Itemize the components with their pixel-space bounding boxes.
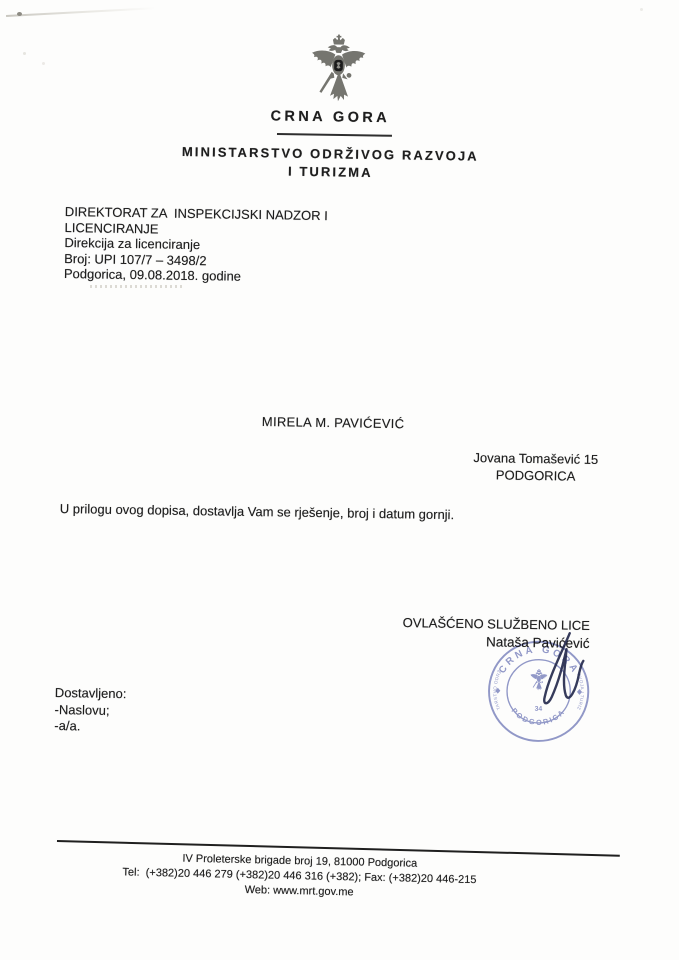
header-divider bbox=[277, 133, 392, 137]
scan-artifact-smear bbox=[90, 285, 182, 288]
handwritten-signature-icon bbox=[490, 616, 602, 728]
montenegro-coat-of-arms-icon bbox=[304, 34, 373, 105]
recipient-address: Jovana Tomašević 15 PODGORICA bbox=[470, 449, 601, 485]
recipient-street: Jovana Tomašević 15 bbox=[471, 449, 601, 468]
scan-artifact-dot bbox=[17, 12, 22, 16]
recipient-name: MIRELA M. PAVIĆEVIĆ bbox=[262, 414, 405, 431]
sender-block: DIREKTORAT ZA INSPEKCIJSKI NADZOR I LICE… bbox=[64, 204, 328, 286]
distribution-item: -Naslovu; bbox=[54, 701, 126, 719]
scan-artifact-speck bbox=[42, 62, 45, 65]
scan-artifact-pen-stroke bbox=[6, 7, 156, 17]
scan-artifact-speck bbox=[640, 8, 643, 11]
header-country: CRNA GORA bbox=[0, 104, 670, 131]
scan-artifact-speck bbox=[23, 52, 26, 55]
scanned-letter-page: CRNA GORA MINISTARSTVO ODRŽIVOG RAZVOJA … bbox=[0, 0, 679, 960]
distribution-label: Dostavljeno: bbox=[55, 685, 127, 703]
distribution-block: Dostavljeno: -Naslovu; -a/a. bbox=[54, 685, 126, 736]
recipient-city: PODGORICA bbox=[470, 466, 600, 485]
footer-block: IV Proleterske brigade broj 19, 81000 Po… bbox=[59, 849, 540, 904]
sender-place-date: Podgorica, 09.08.2018. godine bbox=[64, 266, 327, 286]
distribution-item: -a/a. bbox=[54, 718, 126, 736]
letter-body-text: U prilogu ovog dopisa, dostavlja Vam se … bbox=[60, 501, 454, 522]
